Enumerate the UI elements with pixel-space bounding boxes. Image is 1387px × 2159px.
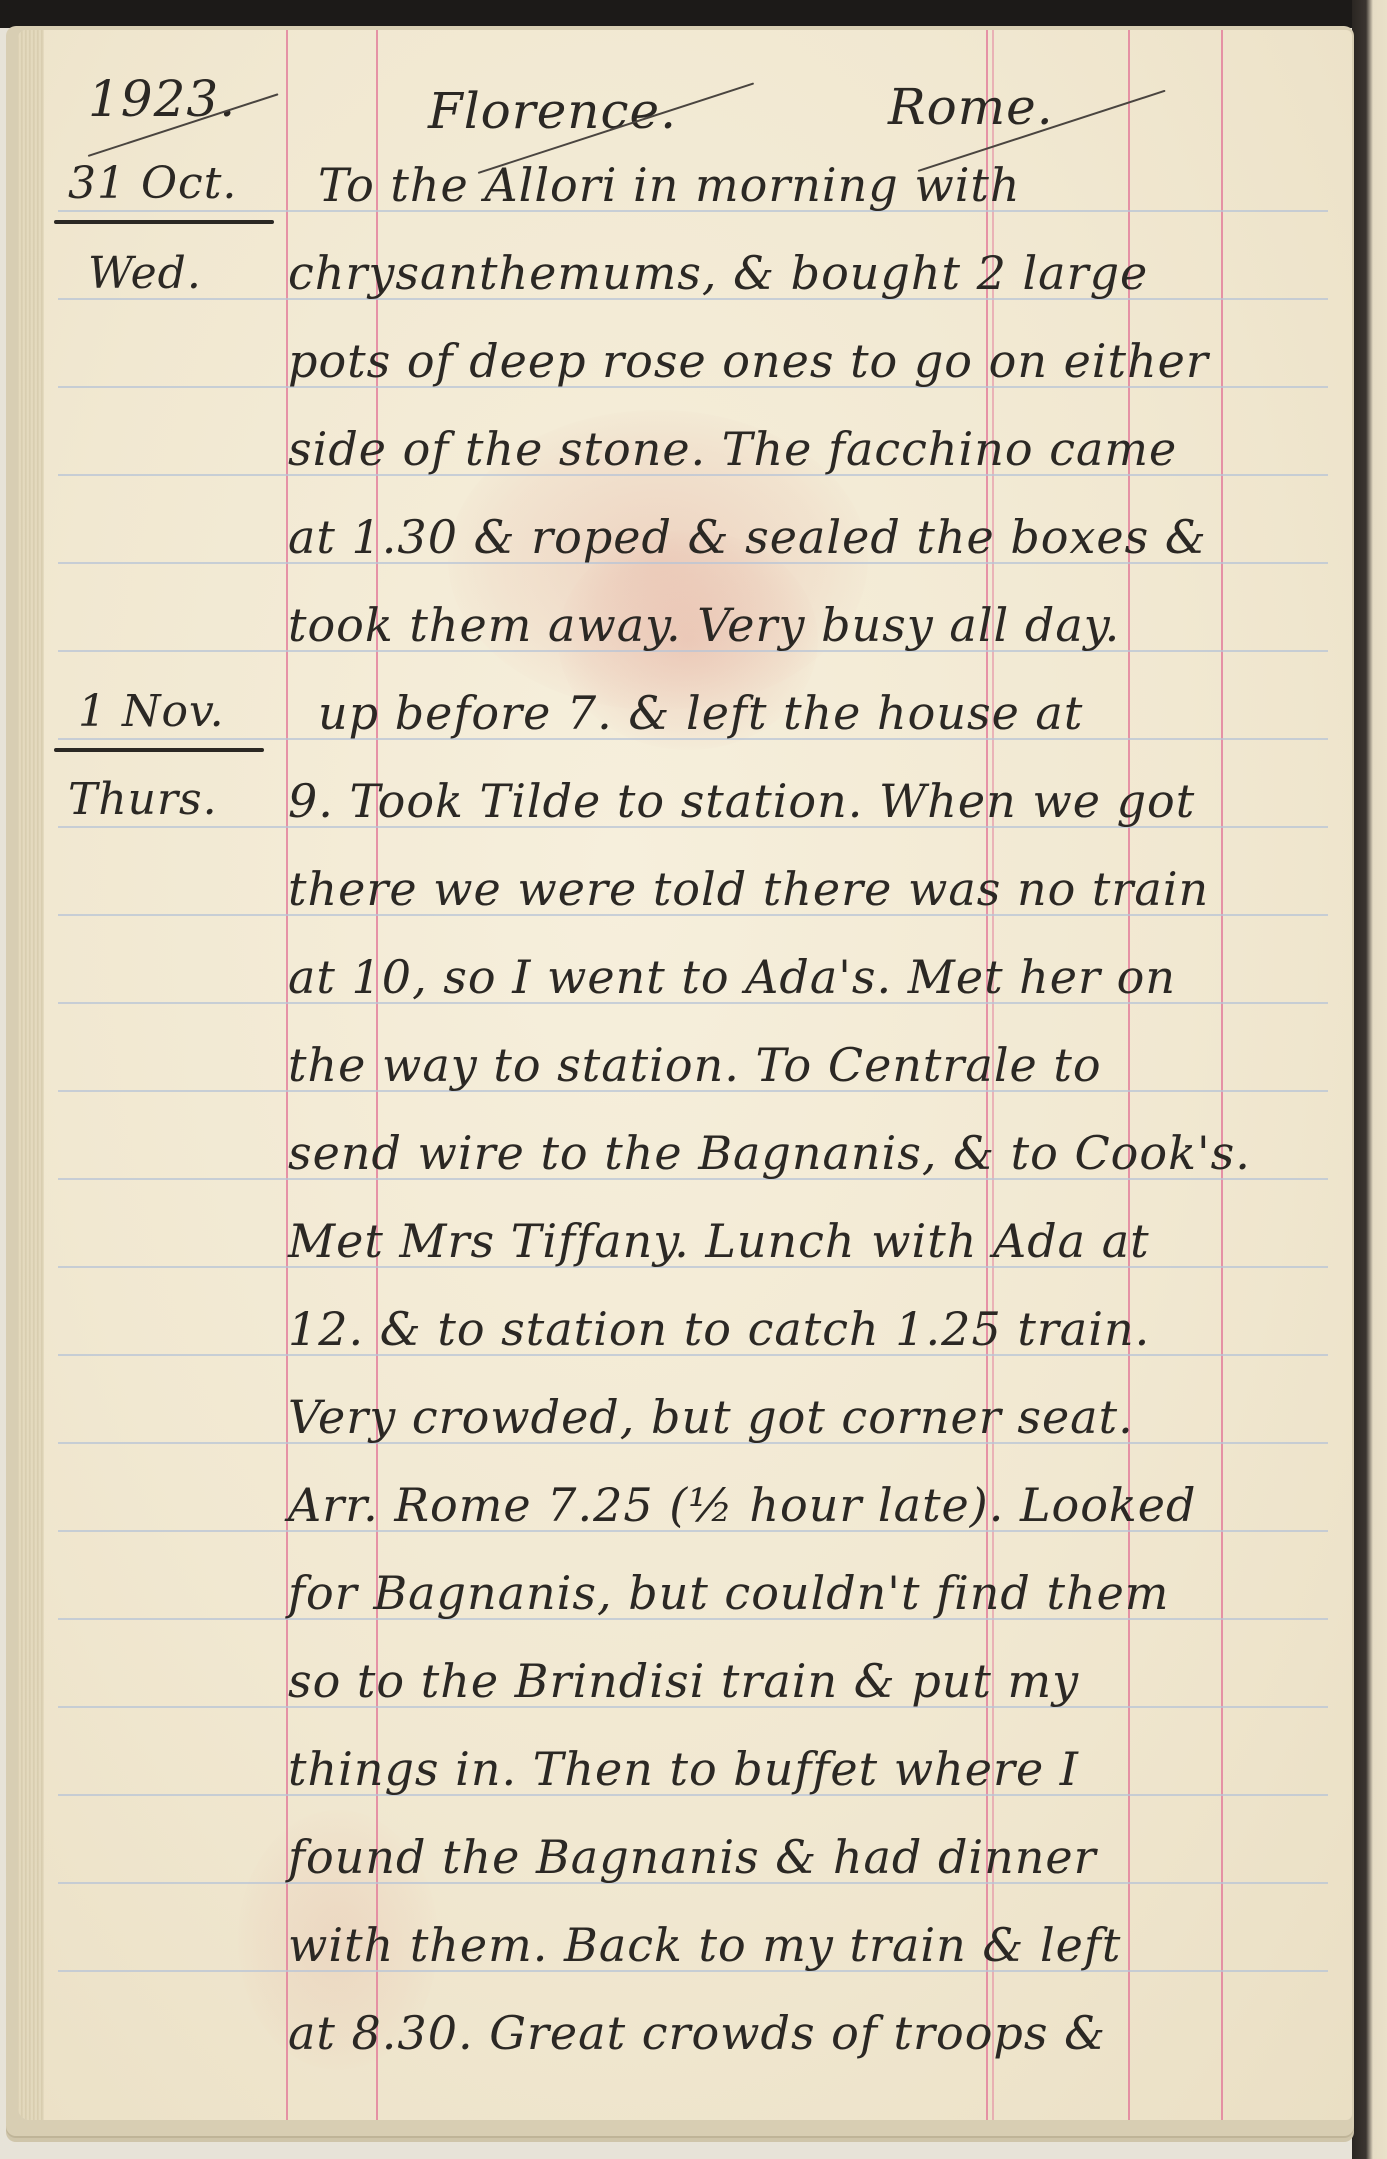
header-year: 1923. bbox=[88, 70, 236, 128]
page-edge-left bbox=[18, 30, 44, 2120]
entry-text-line: pots of deep rose ones to go on either bbox=[288, 334, 1209, 388]
entry-text-line: To the Allori in morning with bbox=[318, 158, 1021, 212]
entry-text-line: send wire to the Bagnanis, & to Cook's. bbox=[288, 1126, 1251, 1180]
entry-weekday: Thurs. bbox=[68, 774, 218, 825]
entry-text-line: 9. Took Tilde to station. When we got bbox=[288, 774, 1195, 828]
entry-text-line: Met Mrs Tiffany. Lunch with Ada at bbox=[288, 1214, 1150, 1268]
date-underline bbox=[54, 220, 274, 224]
entry-text-line: Very crowded, but got corner seat. bbox=[288, 1390, 1134, 1444]
entry-text-line: side of the stone. The facchino came bbox=[288, 422, 1177, 476]
entry-text-line: things in. Then to buffet where I bbox=[288, 1742, 1079, 1796]
entry-text-line: at 8.30. Great crowds of troops & bbox=[288, 2006, 1106, 2060]
book-spine bbox=[1352, 0, 1387, 2159]
entry-text-line: 12. & to station to catch 1.25 train. bbox=[288, 1302, 1150, 1356]
entry-text-line: there we were told there was no train bbox=[288, 862, 1209, 916]
header-place-from: Florence. bbox=[428, 82, 677, 140]
entry-text-line: at 10, so I went to Ada's. Met her on bbox=[288, 950, 1176, 1004]
entry-text-line: with them. Back to my train & left bbox=[288, 1918, 1121, 1972]
diary-page: 1923. Florence. Rome. 31 Oct. Wed. To th… bbox=[18, 30, 1352, 2120]
date-underline bbox=[54, 748, 264, 752]
entry-text-line: for Bagnanis, but couldn't find them bbox=[288, 1566, 1169, 1620]
entry-text-line: so to the Brindisi train & put my bbox=[288, 1654, 1079, 1708]
entry-weekday: Wed. bbox=[88, 248, 202, 299]
header-place-to: Rome. bbox=[888, 78, 1054, 136]
entry-text-line: took them away. Very busy all day. bbox=[288, 598, 1120, 652]
entry-date: 31 Oct. bbox=[68, 158, 237, 209]
column-rule bbox=[1221, 30, 1223, 2120]
entry-text-line: Arr. Rome 7.25 (½ hour late). Looked bbox=[288, 1478, 1196, 1532]
entry-date: 1 Nov. bbox=[78, 686, 225, 737]
entry-text-line: the way to station. To Centrale to bbox=[288, 1038, 1102, 1092]
scan-top-border bbox=[0, 0, 1387, 28]
entry-text-line: found the Bagnanis & had dinner bbox=[288, 1830, 1097, 1884]
entry-text-line: at 1.30 & roped & sealed the boxes & bbox=[288, 510, 1207, 564]
entry-text-line: chrysanthemums, & bought 2 large bbox=[288, 246, 1148, 300]
entry-text-line: up before 7. & left the house at bbox=[318, 686, 1083, 740]
